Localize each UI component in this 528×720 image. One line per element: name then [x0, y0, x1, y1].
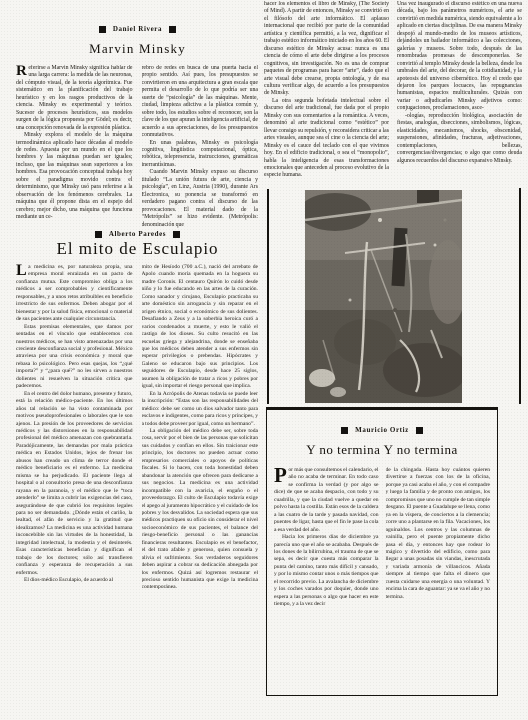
paragraph: En la Acrópolis de Atenas todavía se pue…: [142, 391, 259, 428]
lead-text: or más que consultemos el calendario, el…: [274, 467, 379, 533]
artwork-image: [305, 190, 462, 403]
column-paragraphs: rebro de redes en busca de una puerta ha…: [142, 65, 259, 229]
paragraph: Referirse a Marvin Minsky significa habl…: [16, 65, 133, 132]
minsky-column-3: hacer los elementos el libro de Minsky, …: [264, 1, 389, 188]
author-name: Daniel Rivera: [113, 25, 162, 33]
article-title-el-mito-de-esculapio: El mito de Esculapio: [15, 239, 260, 259]
paragraph: La otra segunda bofetada intelectual sob…: [264, 98, 389, 180]
boxed-article-frame: Mauricio Ortiz Y no termina Y no termina…: [266, 407, 498, 696]
column-paragraphs: mito de Hesíodo (700 a.C.), nació del ar…: [142, 264, 259, 592]
paragraph: hacer los elementos el libro de Minsky, …: [264, 1, 389, 98]
lead-text: eferirse a Marvin Minsky significa habla…: [16, 65, 133, 131]
artwork-figure: [305, 190, 462, 403]
column-paragraphs: Estas premisas elementales, que damos po…: [16, 324, 133, 585]
author-marker-icon: [99, 26, 106, 33]
paragraph: mito de Hesíodo (700 a.C.), nació del ar…: [142, 264, 259, 391]
esculapio-column-2: mito de Hesíodo (700 a.C.), nació del ar…: [142, 264, 259, 642]
paragraph: Hacia los primeros días de diciembre ya …: [274, 534, 379, 609]
paragraph: En el centro del dolor humano, presente …: [16, 391, 133, 577]
esculapio-body-columns: La medicina es, por naturaleza propia, u…: [16, 264, 258, 642]
dropcap: P: [274, 467, 288, 484]
paragraph: La obligación del médico debe ser, sobre…: [142, 428, 259, 592]
paragraph: Una vez inaugurado el discurso estético …: [397, 1, 522, 113]
column-paragraphs: hacer los elementos el libro de Minsky, …: [264, 1, 389, 180]
artwork-left-rule: [267, 189, 269, 404]
paragraph: En unas palabras, Minsky es psicología c…: [142, 140, 259, 170]
paragraph: rebro de redes en busca de una puerta ha…: [142, 65, 259, 140]
author-marker-icon: [169, 26, 176, 33]
article-title-marvin-minsky: Marvin Minsky: [15, 41, 260, 57]
author-byline-daniel-rivera: Daniel Rivera: [15, 25, 260, 33]
paragraph: El dios-médico Esculapio, de acuerdo al: [16, 577, 133, 584]
minsky-column-2: rebro de redes en busca de una puerta ha…: [142, 65, 259, 231]
paragraph: -ologías, reproducción biológica, asocia…: [397, 113, 522, 165]
magazine-page: Daniel Rivera Marvin Minsky Referirse a …: [0, 0, 528, 720]
dropcap: L: [16, 264, 28, 277]
author-marker-icon: [173, 231, 180, 238]
dropcap: R: [16, 65, 28, 77]
minsky-body-columns: Referirse a Marvin Minsky significa habl…: [16, 65, 258, 231]
author-byline-mauricio-ortiz: Mauricio Ortiz: [267, 426, 497, 434]
paragraph: Por más que consultemos el calendario, e…: [274, 467, 379, 534]
termina-column-1: Por más que consultemos el calendario, e…: [274, 467, 379, 619]
author-marker-icon: [416, 427, 423, 434]
paragraph: de la chingada. Hasta hoy cuántos quiere…: [386, 467, 491, 601]
author-marker-icon: [95, 231, 102, 238]
author-byline-alberto-paredes: Alberto Paredes: [15, 230, 260, 238]
paragraph: Cuando Marvin Minsky expuso su discurso …: [142, 169, 259, 229]
author-marker-icon: [341, 427, 348, 434]
minsky-continuation-columns: hacer los elementos el libro de Minsky, …: [264, 1, 522, 188]
paragraph: Minsky explora el modelo de la máquina t…: [16, 132, 133, 221]
minsky-column-1: Referirse a Marvin Minsky significa habl…: [16, 65, 133, 231]
lead-text: a medicina es, por naturaleza propia, un…: [16, 264, 133, 322]
paragraph: Estas premisas elementales, que damos po…: [16, 324, 133, 391]
column-paragraphs: Minsky explora el modelo de la máquina t…: [16, 132, 133, 221]
column-paragraphs: Hacia los primeros días de diciembre ya …: [274, 534, 379, 609]
article-title-y-no-termina: Y no termina Y no termina: [267, 442, 497, 458]
artwork-right-rule: [519, 188, 521, 404]
esculapio-column-1: La medicina es, por naturaleza propia, u…: [16, 264, 133, 642]
termina-body-columns: Por más que consultemos el calendario, e…: [274, 467, 490, 619]
paragraph: La medicina es, por naturaleza propia, u…: [16, 264, 133, 324]
termina-column-2: de la chingada. Hasta hoy cuántos quiere…: [386, 467, 491, 619]
minsky-column-4: Una vez inaugurado el discurso estético …: [397, 1, 522, 188]
author-name: Mauricio Ortiz: [355, 426, 409, 434]
column-paragraphs: Una vez inaugurado el discurso estético …: [397, 1, 522, 165]
author-name: Alberto Paredes: [109, 230, 166, 238]
column-paragraphs: de la chingada. Hasta hoy cuántos quiere…: [386, 467, 491, 601]
